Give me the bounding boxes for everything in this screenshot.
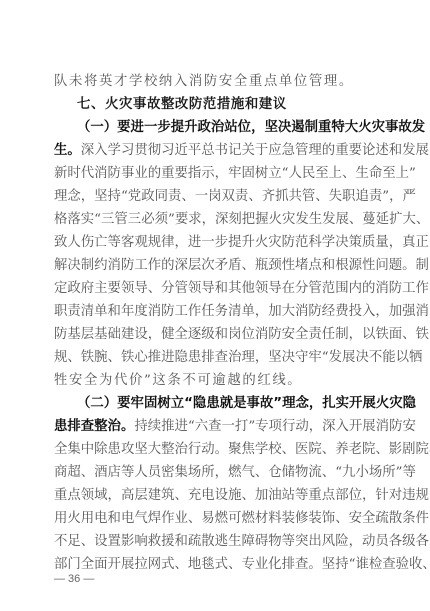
body-text-line: 全集中除患攻坚大整治行动。聚焦学校、医院、养老院、影剧院、 [54, 440, 380, 460]
subsection-1-title: （一）要进一步提升政治站位，坚决遏制重特大火灾事故发 [77, 120, 425, 135]
body-text-line: 重点领域，高层建筑、充电设施、加油站等重点部位，针对违规 [54, 486, 380, 506]
body-text-line: 解决制约消防工作的深层次矛盾、瓶颈性堵点和根源性问题。制 [54, 256, 380, 276]
section-heading: 七、火灾事故整改防范措施和建议 [77, 95, 287, 115]
body-text-line: 格落实“三管三必须”要求，深刻把握火灾发生发展、蔓延扩大、 [54, 210, 380, 230]
body-text-line: 患排查整治。持续推进“六查一打”专项行动，深入开展消防安 [54, 417, 380, 437]
body-text-line: 理念，坚持“党政同责、一岗双责、齐抓共管、失职追责”，严 [54, 187, 380, 207]
body-text-line: 商超、酒店等人员密集场所，燃气、仓储物流、“九小场所”等 [54, 463, 380, 483]
body-text-line: 队未将英才学校纳入消防安全重点单位管理。 [54, 72, 380, 92]
body-text-line: 防基层基础建设，健全逐级和岗位消防安全责任制，以铁面、铁 [54, 325, 380, 345]
subsection-2-title: （二）要牢固树立“隐患就是事故”理念，扎实开展火灾隐 [77, 396, 416, 411]
body-text-line: 定政府主要领导、分管领导和其他领导在分管范围内的消防工作 [54, 279, 380, 299]
body-text-line: 规、铁腕、铁心推进隐患排查治理，坚决守牢“发展决不能以牺 [54, 348, 380, 368]
body-text-line: 新时代消防事业的重要指示，牢固树立“人民至上、生命至上” [54, 164, 380, 184]
subsection-2-heading: （二）要牢固树立“隐患就是事故”理念，扎实开展火灾隐 [77, 394, 380, 414]
body-text-line: 致人伤亡等客观规律，进一步提升火灾防范科学决策质量，真正 [54, 233, 380, 253]
document-page: 队未将英才学校纳入消防安全重点单位管理。 七、火灾事故整改防范措施和建议 （一）… [0, 0, 430, 611]
subsection-2-title-end: 患排查整治。 [54, 419, 134, 434]
body-text-line: 生。深入学习贯彻习近平总书记关于应急管理的重要论述和发展 [54, 141, 380, 161]
body-text: 深入学习贯彻习近平总书记关于应急管理的重要论述和发展 [81, 143, 429, 158]
body-text-line: 用火用电和电气焊作业、易燃可燃材料装修装饰、安全疏散条件 [54, 509, 380, 529]
body-text-line: 牲安全为代价”这条不可逾越的红线。 [54, 371, 380, 391]
body-text-line: 职责清单和年度消防工作任务清单，加大消防经费投入，加强消 [54, 302, 380, 322]
page-number: — 36 — [54, 572, 94, 586]
subsection-1-heading: （一）要进一步提升政治站位，坚决遏制重特大火灾事故发 [77, 118, 380, 138]
body-text-line: 部门全面开展拉网式、地毯式、专业化排查。坚持“谁检查验收、 [54, 555, 380, 575]
subsection-1-title-end: 生。 [54, 143, 81, 158]
body-text: 持续推进“六查一打”专项行动，深入开展消防安 [134, 419, 416, 434]
body-text-line: 不足、设置影响救援和疏散逃生障碍物等突出风险，动员各级各 [54, 532, 380, 552]
